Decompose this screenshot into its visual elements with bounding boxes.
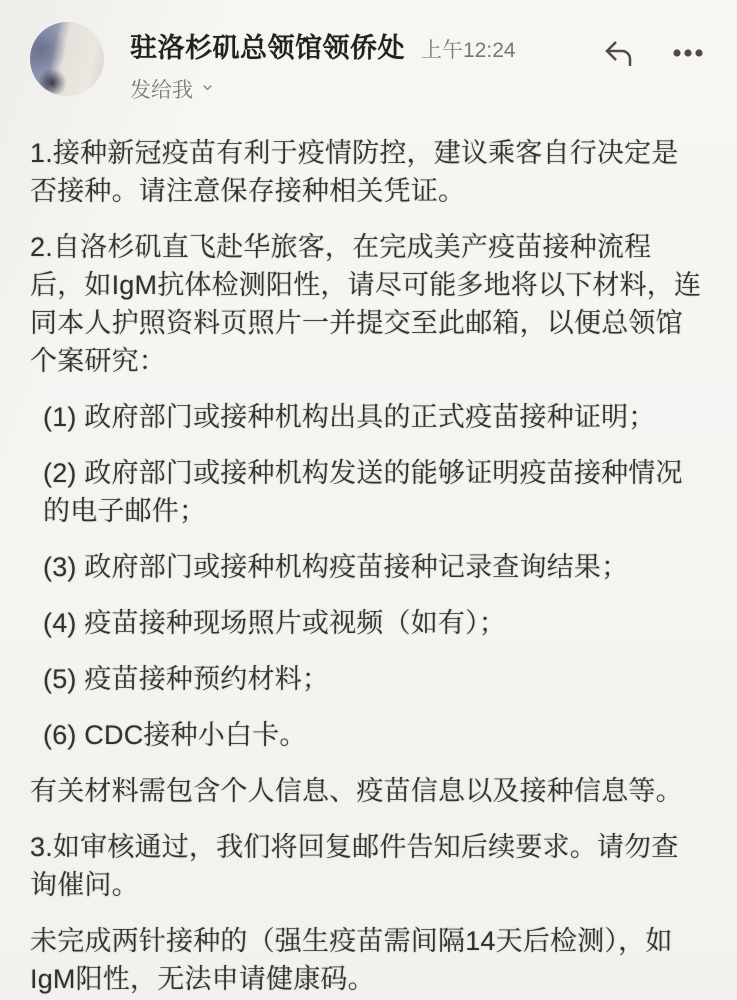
message-paragraph: 未完成两针接种的（强生疫苗需间隔14天后检测），如IgM阳性，无法申请健康码。 xyxy=(30,922,703,998)
message-paragraph: 有关材料需包含个人信息、疫苗信息以及接种信息等。 xyxy=(30,772,703,810)
reply-arrow-icon xyxy=(601,58,637,73)
sender-info: 驻洛杉矶总领馆领侨处 上午12:24 发给我 xyxy=(130,22,516,104)
sender-row: 驻洛杉矶总领馆领侨处 上午12:24 xyxy=(130,26,516,65)
message-paragraph: 3.如审核通过，我们将回复邮件告知后续要求。请勿查询催问。 xyxy=(30,828,703,904)
list-item: (6) CDC接种小白卡。 xyxy=(30,716,703,754)
list-item: (3) 政府部门或接种机构疫苗接种记录查询结果； xyxy=(30,548,703,586)
sender-name[interactable]: 驻洛杉矶总领馆领侨处 xyxy=(130,26,405,65)
message-paragraph: 1.接种新冠疫苗有利于疫情防控，建议乘客自行决定是否接种。请注意保存接种相关凭证… xyxy=(30,134,703,210)
message-actions xyxy=(597,22,711,74)
message-paragraph: 2.自洛杉矶直飞赴华旅客，在完成美产疫苗接种流程后，如IgM抗体检测阳性，请尽可… xyxy=(30,228,703,380)
list-item: (5) 疫苗接种预约材料； xyxy=(30,660,703,698)
message-body: 1.接种新冠疫苗有利于疫情防控，建议乘客自行决定是否接种。请注意保存接种相关凭证… xyxy=(0,104,737,998)
email-message-view: 驻洛杉矶总领馆领侨处 上午12:24 发给我 xyxy=(0,0,737,1000)
message-header: 驻洛杉矶总领馆领侨处 上午12:24 发给我 xyxy=(0,0,737,104)
recipient-label: 发给我 xyxy=(130,74,193,104)
message-timestamp: 上午12:24 xyxy=(421,34,516,64)
sender-avatar[interactable] xyxy=(30,22,104,96)
avatar-photo xyxy=(30,22,104,96)
recipient-dropdown[interactable]: 发给我 xyxy=(130,74,516,104)
chevron-down-icon xyxy=(200,77,215,101)
reply-button[interactable] xyxy=(597,32,641,74)
list-item: (2) 政府部门或接种机构发送的能够证明疫苗接种情况的电子邮件； xyxy=(30,454,703,530)
more-options-button[interactable] xyxy=(665,32,711,74)
list-item: (1) 政府部门或接种机构出具的正式疫苗接种证明； xyxy=(30,398,703,436)
list-item: (4) 疫苗接种现场照片或视频（如有）； xyxy=(30,604,703,642)
more-horizontal-icon xyxy=(669,58,707,73)
